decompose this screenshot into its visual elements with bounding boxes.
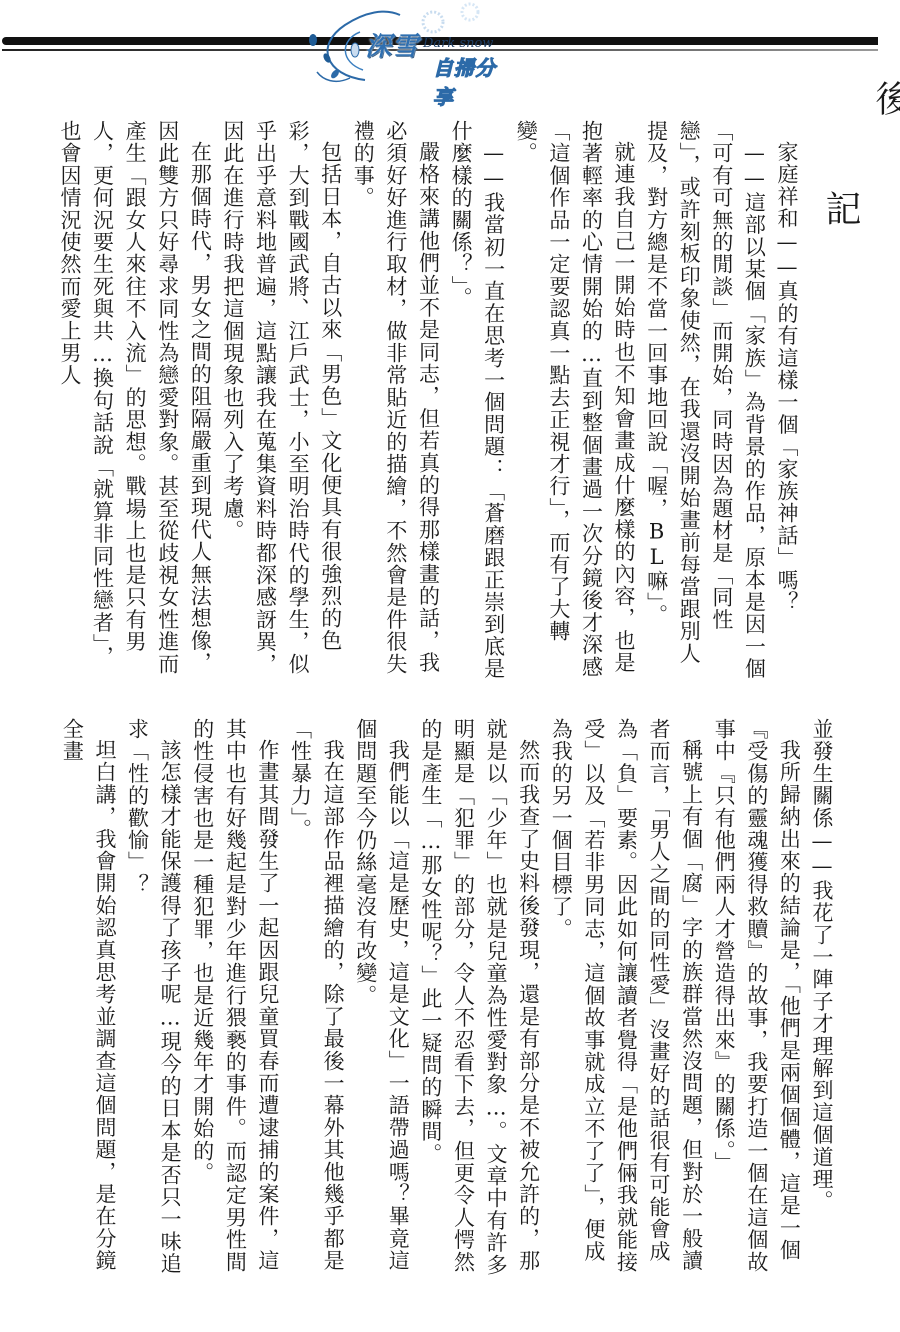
title-char-2: 記	[815, 190, 865, 226]
paragraph: 在那個時代，男女之間的阻隔嚴重到現代人無法想像，因此雙方只好尋求同性為戀愛對象。…	[53, 120, 216, 685]
paragraph: 坦白講，我會開始認真思考並調查這個問題，是在分鏡全畫	[56, 718, 121, 1283]
logo-chinese-title: 深雪	[365, 26, 419, 63]
paragraph: 然而我查了史料後發現，還是有部分是不被允許的，那就是以「少年」也就是兒童為性愛對…	[414, 718, 544, 1283]
scanlation-logo: 深雪 Dark snow 自掃分享	[305, 0, 515, 88]
paragraph: 我在這部作品裡描繪的，除了最後一幕外其他幾乎都是「性暴力」。	[284, 718, 349, 1283]
title-char-1: 後	[865, 80, 900, 226]
page-title: 後 記	[815, 80, 900, 226]
upper-text-section: 家庭祥和——真的有這樣一個「家族神話」嗎？ ——這部以某個「家族」為背景的作品，…	[68, 120, 803, 685]
paragraph: 稱號上有個「腐」字的族群當然沒問題，但對於一般讀者而言，「男人之間的同性愛」沒畫…	[545, 718, 708, 1283]
paragraph: ——這部以某個「家族」為背景的作品，原本是因一個「可有可無的閒談」而開始，同時因…	[640, 120, 770, 685]
logo-english-title: Dark snow	[423, 36, 493, 51]
paragraph: 我們能以「這是歷史，這是文化」一語帶過嗎？畢竟這個問題至今仍絲毫沒有改變。	[349, 718, 414, 1283]
paragraph: 我所歸納出來的結論是，「他們是兩個個體，這是一個『受傷的靈魂獲得救贖』的故事，我…	[708, 718, 806, 1283]
paragraph: 該怎樣才能保護得了孩子呢…現今的日本是否只一味追求「性的歡愉」？	[121, 718, 186, 1283]
paragraph: 嚴格來講他們並不是同志，但若真的得那樣畫的話，我必須好好進行取材，做非常貼近的描…	[347, 120, 445, 685]
paragraph: 家庭祥和——真的有這樣一個「家族神話」嗎？	[770, 120, 803, 685]
logo-subtitle: 自掃分享	[433, 52, 515, 110]
paragraph: 就連我自己一開始時也不知會畫成什麼樣的內容，也是抱著輕率的心情開始的…直到整個畫…	[510, 120, 640, 685]
paragraph: 包括日本，自古以來「男色」文化便具有很強烈的色彩，大到戰國武將、江戶武士，小至明…	[216, 120, 346, 685]
paragraph: ——我當初一直在思考一個問題：「蒼磨跟正崇到底是什麼樣的關係？」。	[444, 120, 509, 685]
paragraph: 作畫其間發生了一起因跟兒童買春而遭逮捕的案件，這其中也有好幾起是對少年進行猥褻的…	[186, 718, 284, 1283]
lower-text-section: 並發生關係——我花了一陣子才理解到這個道理。 我所歸納出來的結論是，「他們是兩個…	[68, 718, 838, 1283]
paragraph: 並發生關係——我花了一陣子才理解到這個道理。	[805, 718, 838, 1283]
